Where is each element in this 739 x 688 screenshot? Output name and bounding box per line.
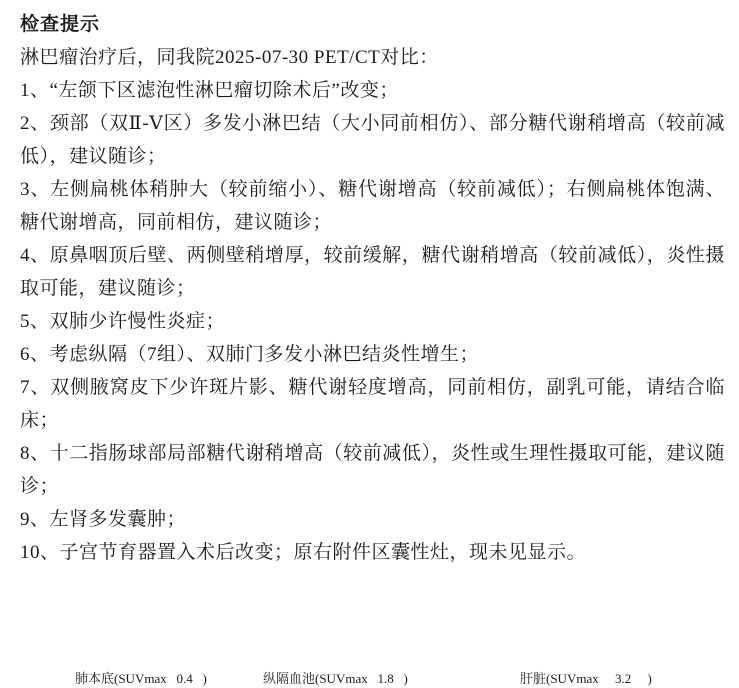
report-page: 检查提示 淋巴瘤治疗后，同我院2025-07-30 PET/CT对比： 1、“左… <box>0 0 739 688</box>
finding-item-7: 7、双侧腋窝皮下少许斑片影、糖代谢轻度增高，同前相仿，副乳可能，请结合临床； <box>20 371 725 437</box>
finding-item-2: 2、颈部（双Ⅱ-Ⅴ区）多发小淋巴结（大小同前相仿）、部分糖代谢稍增高（较前减低）… <box>20 107 725 173</box>
section-title: 检查提示 <box>20 8 725 41</box>
finding-item-4: 4、原鼻咽顶后壁、两侧壁稍增厚，较前缓解，糖代谢稍增高（较前减低），炎性摄取可能… <box>20 239 725 305</box>
finding-item-8: 8、十二指肠球部局部糖代谢稍增高（较前减低），炎性或生理性摄取可能，建议随诊； <box>20 437 725 503</box>
finding-item-3: 3、左侧扁桃体稍肿大（较前缩小）、糖代谢增高（较前减低）；右侧扁桃体饱满、糖代谢… <box>20 173 725 239</box>
suv-liver: 肝脏(SUVmax 3.2 ) <box>520 668 652 687</box>
suv-mediastinal-blood-pool: 纵隔血池(SUVmax 1.8 ) <box>263 668 408 687</box>
suv-lung-background: 肺本底(SUVmax 0.4 ) <box>75 668 207 687</box>
finding-item-9: 9、左肾多发囊肿； <box>20 503 725 536</box>
suv-reference-row: 肺本底(SUVmax 0.4 ) 纵隔血池(SUVmax 1.8 ) 肝脏(SU… <box>0 668 739 686</box>
finding-item-1: 1、“左颌下区滤泡性淋巴瘤切除术后”改变； <box>20 74 725 107</box>
finding-item-5: 5、双肺少许慢性炎症； <box>20 305 725 338</box>
finding-item-10: 10、子宫节育器置入术后改变；原右附件区囊性灶，现未见显示。 <box>20 536 725 569</box>
finding-item-6: 6、考虑纵隔（7组）、双肺门多发小淋巴结炎性增生； <box>20 338 725 371</box>
report-body: 检查提示 淋巴瘤治疗后，同我院2025-07-30 PET/CT对比： 1、“左… <box>0 0 739 569</box>
comparison-line: 淋巴瘤治疗后，同我院2025-07-30 PET/CT对比： <box>20 41 725 74</box>
